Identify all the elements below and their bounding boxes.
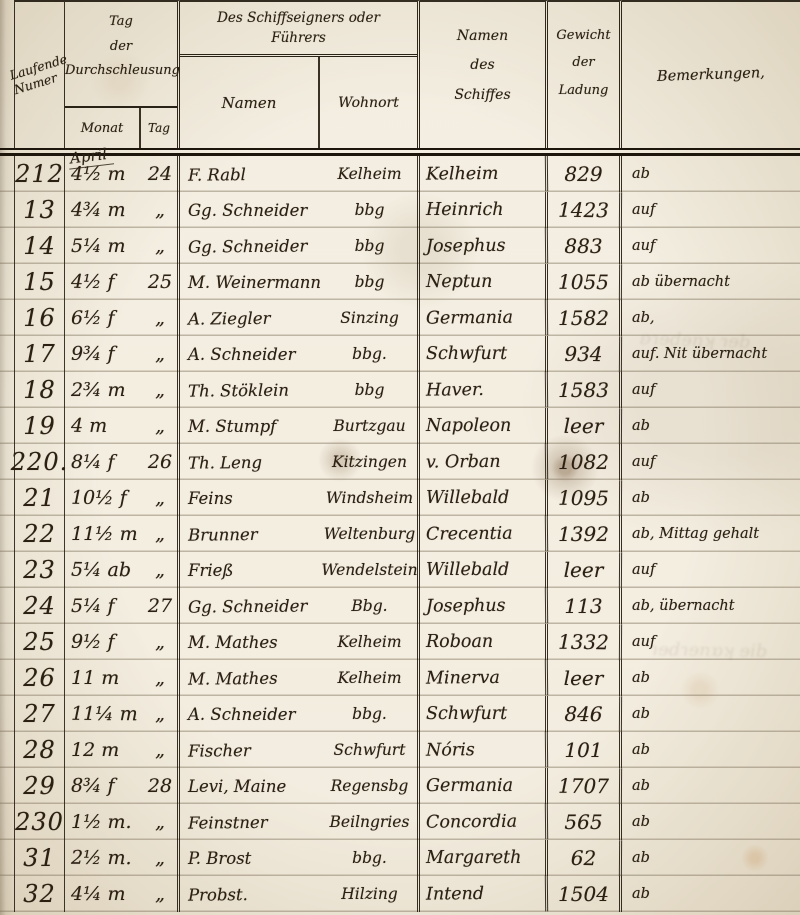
cell-schiffsname: Josephus (420, 587, 548, 624)
cell-schiffsname: Haver. (420, 371, 548, 408)
cell-bemerkung: ab übernacht (622, 264, 800, 300)
header-bemerkungen-label: Bemerkungen, (657, 65, 765, 85)
cell-gewicht: 1332 (548, 624, 622, 661)
cell-laufende-nummer: 13 (15, 192, 65, 228)
cell-tag: „ (143, 192, 180, 228)
cell-tag: 27 (143, 588, 180, 624)
cell-tag: „ (143, 624, 180, 660)
cell-wohnort: Kelheim (322, 660, 420, 696)
margin (0, 768, 15, 804)
cell-schiffseigner-name: Feinstner (180, 803, 322, 840)
cell-gewicht: 829 (548, 156, 622, 192)
cell-bemerkung: ab (622, 840, 800, 876)
cell-wohnort: Bbg. (322, 588, 420, 624)
cell-wohnort: bbg (322, 372, 420, 408)
margin (0, 156, 15, 192)
cell-laufende-nummer: 16 (15, 300, 65, 336)
cell-gewicht: 1055 (548, 264, 622, 301)
register-page: Laufende Numer Tag der Durchschleusung M… (0, 0, 800, 915)
cell-gewicht: 1095 (548, 480, 622, 517)
table-row: 2110½ f„FeinsWindsheimWillebald1095ab (0, 480, 800, 516)
cell-tag: „ (143, 660, 180, 696)
cell-gewicht: 1082 (548, 444, 622, 480)
table-row: 134¾ m„Gg. SchneiderbbgHeinrich1423auf (0, 192, 800, 228)
margin (0, 876, 15, 912)
header-schiffseigner-label: Des Schiffseigners oder Führers (180, 2, 417, 54)
cell-bemerkung: ab (622, 732, 800, 768)
cell-laufende-nummer: 27 (15, 696, 65, 732)
table-row: 154½ f25M. WeinermannbbgNeptun1055ab übe… (0, 264, 800, 300)
cell-bemerkung: auf (622, 228, 800, 264)
cell-schiffsname: Concordia (420, 803, 548, 840)
cell-laufende-nummer: 25 (15, 624, 65, 660)
cell-wohnort: bbg. (322, 696, 420, 732)
margin (0, 840, 15, 876)
margin (0, 300, 15, 336)
margin (0, 480, 15, 516)
cell-laufende-nummer: 26 (15, 660, 65, 696)
table-row: 298¾ f28Levi, MaineRegensbgGermania1707a… (0, 768, 800, 804)
cell-schiffsname: Neptun (420, 264, 548, 300)
cell-schiffseigner-name: A. Ziegler (180, 299, 322, 336)
cell-bemerkung: auf (622, 192, 800, 228)
cell-schiffsname: v. Orban (420, 443, 548, 480)
cell-gewicht: leer (548, 552, 622, 589)
cell-laufende-nummer: 22 (15, 516, 65, 552)
cell-laufende-nummer: 28 (15, 732, 65, 768)
cell-bemerkung: ab (622, 156, 800, 192)
cell-schiffsname: Napoleon (420, 408, 548, 444)
table-row: 259½ f„M. MathesKelheimRoboan1332auf (0, 624, 800, 660)
cell-uhrzeit: 4¼ m (65, 876, 143, 912)
header-gewicht-der-ladung: Gewicht der Ladung (548, 0, 622, 148)
cell-uhrzeit: 11½ m (65, 516, 143, 552)
header-monat-tag-subrow: Monat Tag (65, 106, 177, 148)
margin (0, 552, 15, 588)
cell-bemerkung: auf (622, 624, 800, 660)
cell-gewicht: leer (548, 660, 622, 696)
cell-laufende-nummer: 230 (15, 804, 65, 840)
cell-schiffseigner-name: F. Rabl (180, 155, 322, 192)
cell-gewicht: 1583 (548, 372, 622, 408)
cell-gewicht: 62 (548, 840, 622, 877)
cell-gewicht: 565 (548, 804, 622, 840)
cell-uhrzeit: 4½ m (65, 156, 143, 192)
table-row: 2812 m„FischerSchwfurtNóris101ab (0, 732, 800, 768)
cell-laufende-nummer: 212 (15, 156, 65, 192)
cell-wohnort: bbg (322, 228, 420, 264)
header-laufende-nummer: Laufende Numer (15, 0, 65, 148)
cell-schiffseigner-name: Feins (180, 480, 322, 516)
table-row: 194 m„M. StumpfBurtzgauNapoleonleerab (0, 408, 800, 444)
cell-schiffsname: Nóris (420, 731, 548, 768)
cell-laufende-nummer: 23 (15, 552, 65, 588)
cell-schiffsname: Intend (420, 875, 548, 912)
cell-uhrzeit: 5¼ f (65, 588, 143, 624)
table-row: 179¾ f„A. Schneiderbbg.Schwfurt934auf. N… (0, 336, 800, 372)
cell-gewicht: 1392 (548, 516, 622, 552)
table-row: 2124½ m24F. RablKelheimKelheim829ab (0, 156, 800, 192)
cell-uhrzeit: 2½ m. (65, 840, 143, 877)
cell-tag: 25 (143, 264, 180, 300)
cell-schiffseigner-name: Th. Leng (180, 443, 322, 480)
cell-bemerkung: ab (622, 660, 800, 696)
cell-uhrzeit: 1½ m. (65, 804, 143, 840)
header-laufende-nummer-label: Laufende Numer (8, 53, 67, 97)
cell-bemerkung: ab (622, 480, 800, 516)
cell-uhrzeit: 5¼ ab (65, 552, 143, 589)
margin (0, 408, 15, 444)
cell-bemerkung: ab, (622, 300, 800, 336)
cell-schiffseigner-name: A. Schneider (180, 696, 322, 732)
cell-laufende-nummer: 24 (15, 588, 65, 624)
cell-schiffsname: Kelheim (420, 155, 548, 192)
cell-schiffsname: Heinrich (420, 192, 548, 228)
cell-schiffsname: Crecentia (420, 515, 548, 552)
cell-schiffsname: Minerva (420, 659, 548, 696)
margin (0, 372, 15, 408)
cell-laufende-nummer: 32 (15, 876, 65, 912)
cell-uhrzeit: 9½ f (65, 624, 143, 661)
cell-uhrzeit: 4 m (65, 408, 143, 445)
table-row: 166½ f„A. ZieglerSinzingGermania1582ab, (0, 300, 800, 336)
cell-laufende-nummer: 15 (15, 264, 65, 300)
cell-tag: „ (143, 336, 180, 372)
cell-uhrzeit: 8¾ f (65, 768, 143, 805)
cell-bemerkung: auf. Nit übernacht (622, 336, 800, 372)
cell-wohnort: Windsheim (322, 480, 420, 516)
cell-bemerkung: ab (622, 876, 800, 912)
table-body: 2124½ m24F. RablKelheimKelheim829ab134¾ … (0, 156, 800, 912)
margin (0, 228, 15, 264)
cell-laufende-nummer: 14 (15, 228, 65, 264)
header-tag-group-label: Tag der Durchschleusung (65, 2, 177, 106)
cell-laufende-nummer: 29 (15, 768, 65, 804)
cell-laufende-nummer: 18 (15, 372, 65, 408)
cell-laufende-nummer: 17 (15, 336, 65, 372)
cell-bemerkung: ab (622, 696, 800, 732)
cell-schiffseigner-name: Brunner (180, 515, 322, 552)
cell-laufende-nummer: 31 (15, 840, 65, 876)
table-row: 2301½ m.„FeinstnerBeilngriesConcordia565… (0, 804, 800, 840)
cell-wohnort: bbg (322, 264, 420, 300)
table-row: 2611 m„M. MathesKelheimMinervaleerab (0, 660, 800, 696)
cell-wohnort: Hilzing (322, 876, 420, 912)
cell-tag: „ (143, 552, 180, 588)
cell-gewicht: 1582 (548, 300, 622, 336)
header-bemerkungen: Bemerkungen, (622, 0, 800, 148)
cell-uhrzeit: 12 m (65, 732, 143, 768)
cell-wohnort: bbg (322, 192, 420, 228)
cell-schiffsname: Schwfurt (420, 696, 548, 732)
cell-wohnort: Burtzgau (322, 408, 420, 444)
cell-schiffseigner-name: Gg. Schneider (180, 192, 322, 228)
cell-laufende-nummer: 220. (15, 444, 65, 480)
cell-schiffseigner-name: Probst. (180, 875, 322, 912)
cell-schiffseigner-name: M. Mathes (180, 659, 322, 696)
cell-schiffseigner-name: M. Mathes (180, 624, 322, 660)
cell-bemerkung: ab, Mittag gehalt (622, 516, 800, 552)
table-row: 220.8¼ f26Th. LengKitzingenv. Orban1082a… (0, 444, 800, 480)
cell-tag: „ (143, 300, 180, 336)
table-row: 145¼ m„Gg. SchneiderbbgJosephus883auf (0, 228, 800, 264)
table-row: 2711¼ m„A. Schneiderbbg.Schwfurt846ab (0, 696, 800, 732)
margin (0, 336, 15, 372)
cell-schiffseigner-name: Fischer (180, 731, 322, 768)
cell-bemerkung: auf (622, 444, 800, 480)
header-monat-label: Monat (65, 108, 141, 148)
cell-tag: „ (143, 408, 180, 444)
cell-schiffseigner-name: Frieß (180, 552, 322, 588)
cell-gewicht: 101 (548, 732, 622, 768)
cell-bemerkung: auf (622, 552, 800, 588)
cell-wohnort: Regensbg (322, 768, 420, 804)
cell-schiffsname: Germania (420, 299, 548, 336)
cell-schiffsname: Willebald (420, 552, 548, 588)
cell-wohnort: Kelheim (322, 156, 420, 192)
margin (0, 660, 15, 696)
margin (0, 588, 15, 624)
header-tag-der-durchschleusung: Tag der Durchschleusung Monat Tag (65, 0, 180, 148)
cell-tag: „ (143, 228, 180, 264)
cell-bemerkung: ab (622, 804, 800, 840)
cell-wohnort: Kitzingen (322, 444, 420, 480)
cell-uhrzeit: 6½ f (65, 300, 143, 336)
cell-gewicht: 113 (548, 588, 622, 624)
cell-uhrzeit: 2¾ m (65, 372, 143, 408)
cell-schiffseigner-name: Levi, Maine (180, 768, 322, 804)
margin (0, 696, 15, 732)
cell-schiffseigner-name: P. Brost (180, 840, 322, 876)
cell-uhrzeit: 10½ f (65, 480, 143, 517)
cell-wohnort: Wendelstein (322, 552, 420, 588)
cell-bemerkung: ab (622, 408, 800, 444)
margin (0, 732, 15, 768)
cell-schiffseigner-name: Gg. Schneider (180, 227, 322, 264)
cell-schiffsname: Margareth (420, 840, 548, 876)
cell-wohnort: bbg. (322, 336, 420, 372)
cell-schiffseigner-name: M. Weinermann (180, 264, 322, 300)
cell-tag: „ (143, 732, 180, 768)
cell-gewicht: 934 (548, 336, 622, 373)
cell-bemerkung: ab (622, 768, 800, 804)
margin (0, 192, 15, 228)
cell-schiffsname: Germania (420, 768, 548, 804)
cell-gewicht: 1504 (548, 876, 622, 912)
cell-tag: „ (143, 804, 180, 840)
cell-tag: 28 (143, 768, 180, 804)
cell-uhrzeit: 11¼ m (65, 696, 143, 733)
header-tag-label: Tag (141, 108, 177, 148)
cell-tag: „ (143, 516, 180, 552)
cell-uhrzeit: 11 m (65, 660, 143, 696)
cell-gewicht: 1423 (548, 192, 622, 229)
cell-wohnort: Beilngries (322, 804, 420, 840)
cell-schiffseigner-name: Gg. Schneider (180, 587, 322, 624)
cell-wohnort: bbg. (322, 840, 420, 876)
cell-schiffsname: Schwfurt (420, 336, 548, 372)
cell-gewicht: 1707 (548, 768, 622, 805)
cell-tag: „ (143, 876, 180, 912)
table-row: 312½ m.„P. Brostbbg.Margareth62ab (0, 840, 800, 876)
cell-uhrzeit: 4½ f (65, 264, 143, 301)
cell-schiffseigner-name: A. Schneider (180, 336, 322, 372)
cell-uhrzeit: 5¼ m (65, 228, 143, 264)
cell-tag: „ (143, 840, 180, 876)
cell-bemerkung: auf (622, 372, 800, 408)
table-row: 324¼ m„Probst.HilzingIntend1504ab (0, 876, 800, 912)
margin (0, 804, 15, 840)
cell-tag: „ (143, 696, 180, 732)
cell-laufende-nummer: 21 (15, 480, 65, 516)
header-wohnort-label: Wohnort (320, 57, 417, 148)
cell-laufende-nummer: 19 (15, 408, 65, 444)
header-schiffseigner: Des Schiffseigners oder Führers Namen Wo… (180, 0, 420, 148)
header-namen-label: Namen (180, 57, 320, 148)
cell-gewicht: 846 (548, 696, 622, 733)
table-row: 2211½ m„BrunnerWeltenburgCrecentia1392ab… (0, 516, 800, 552)
cell-schiffsname: Roboan (420, 624, 548, 660)
cell-schiffsname: Willebald (420, 480, 548, 516)
table-row: 235¼ ab„FrießWendelsteinWillebaldleerauf (0, 552, 800, 588)
cell-schiffsname: Josephus (420, 227, 548, 264)
header-double-rule (0, 148, 800, 156)
margin (0, 624, 15, 660)
cell-wohnort: Sinzing (322, 300, 420, 336)
cell-tag: 24 (143, 156, 180, 192)
cell-uhrzeit: 4¾ m (65, 192, 143, 229)
cell-tag: „ (143, 480, 180, 516)
cell-wohnort: Schwfurt (322, 732, 420, 768)
table-row: 182¾ m„Th. StökleinbbgHaver.1583auf (0, 372, 800, 408)
table-header: Laufende Numer Tag der Durchschleusung M… (0, 0, 800, 148)
cell-wohnort: Weltenburg (322, 516, 420, 552)
margin (0, 516, 15, 552)
table-row: 245¼ f27Gg. SchneiderBbg.Josephus113ab, … (0, 588, 800, 624)
header-namen-wohnort-subrow: Namen Wohnort (180, 54, 417, 148)
cell-bemerkung: ab, übernacht (622, 588, 800, 624)
cell-uhrzeit: 8¼ f (65, 444, 143, 480)
cell-tag: „ (143, 372, 180, 408)
cell-gewicht: leer (548, 408, 622, 445)
cell-tag: 26 (143, 444, 180, 480)
cell-schiffseigner-name: M. Stumpf (180, 408, 322, 444)
cell-wohnort: Kelheim (322, 624, 420, 660)
cell-uhrzeit: 9¾ f (65, 336, 143, 373)
margin (0, 264, 15, 300)
header-namen-des-schiffes: Namen des Schiffes (420, 0, 548, 148)
cell-schiffseigner-name: Th. Stöklein (180, 371, 322, 408)
cell-gewicht: 883 (548, 228, 622, 264)
